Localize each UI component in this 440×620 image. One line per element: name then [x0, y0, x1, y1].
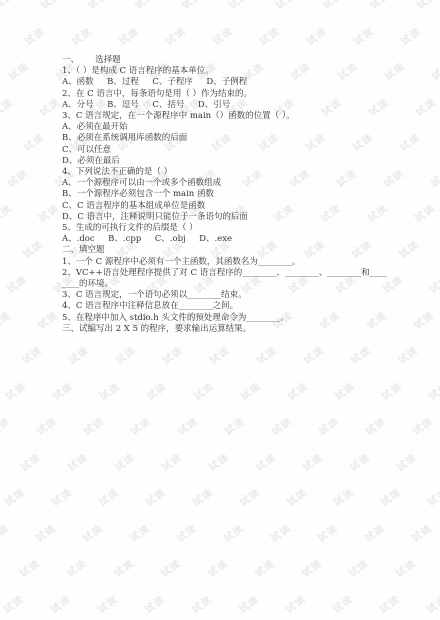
watermark-text: 试读 — [159, 342, 186, 367]
watermark-text: 试读 — [0, 413, 12, 438]
watermark-text: 试读 — [32, 520, 59, 545]
watermark-text: 试读 — [49, 378, 76, 403]
watermark-text: 试读 — [206, 342, 233, 367]
watermark-text: 试读 — [110, 555, 137, 580]
watermark-text: 试读 — [48, 484, 75, 509]
watermark-text: 试读 — [237, 378, 264, 403]
watermark-text: 试读 — [314, 520, 341, 545]
watermark-text: 试读 — [4, 165, 31, 190]
watermark-text: 试读 — [298, 555, 325, 580]
watermark-text: 试读 — [315, 413, 342, 438]
document-line: 4、C 语言程序中注释信息放在________之间。 — [62, 301, 402, 312]
watermark-text: 试读 — [424, 484, 440, 509]
watermark-text: 试读 — [204, 555, 231, 580]
watermark-text: 试读 — [63, 555, 90, 580]
document-line: 5、在程序中加入 stdio.h 头文件的预处理命令为________。 — [62, 313, 402, 324]
watermark-text: 试读 — [0, 94, 15, 119]
watermark-text: 试读 — [412, 94, 439, 119]
watermark-text: 试读 — [17, 449, 44, 474]
document-page: { "page": { "background": "#fefefe", "te… — [0, 0, 440, 620]
watermark-text: 试读 — [95, 484, 122, 509]
watermark-text: 试读 — [393, 449, 420, 474]
watermark-text: 试读 — [174, 413, 201, 438]
watermark-text: 试读 — [158, 449, 185, 474]
watermark-text: 试读 — [427, 165, 440, 190]
document-line: 1、（ ）是构成 C 语言程序的基本单位。 — [62, 66, 402, 77]
watermark-text: 试读 — [409, 413, 436, 438]
watermark-text: 试读 — [157, 555, 184, 580]
document-line: B、一个源程序必须包含一个 main 函数 — [62, 189, 402, 200]
watermark-text: 试读 — [115, 23, 142, 48]
watermark-text: 试读 — [350, 23, 377, 48]
watermark-text: 试读 — [397, 23, 424, 48]
watermark-text: 试读 — [126, 520, 153, 545]
watermark-text: 试读 — [111, 449, 138, 474]
watermark-text: 试读 — [209, 23, 236, 48]
watermark-text: 试读 — [0, 591, 26, 616]
watermark-text: 试读 — [127, 413, 154, 438]
watermark-text: 试读 — [18, 342, 45, 367]
watermark-text: 试读 — [35, 200, 62, 225]
watermark-text: 试读 — [425, 378, 440, 403]
watermark-text: 试读 — [190, 378, 217, 403]
watermark-text: 试读 — [284, 378, 311, 403]
watermark-text: 试读 — [205, 449, 232, 474]
watermark-text: 试读 — [413, 0, 440, 12]
document-line: D、必须在最后 — [62, 156, 402, 167]
watermark-text: 试读 — [300, 342, 327, 367]
document-line: D、C 语言中，注释说明只能位于一条语句的后面 — [62, 212, 402, 223]
watermark-text: 试读 — [189, 484, 216, 509]
watermark-text: 试读 — [282, 591, 309, 616]
watermark-text: 试读 — [143, 378, 170, 403]
watermark-text: 试读 — [80, 413, 107, 438]
watermark-text: 试读 — [84, 0, 111, 12]
section-heading: 二、填空题 — [62, 245, 402, 256]
watermark-text: 试读 — [268, 413, 295, 438]
watermark-text: 试读 — [330, 484, 357, 509]
watermark-text: 试读 — [220, 520, 247, 545]
watermark-text: 试读 — [331, 378, 358, 403]
document-line: C、C 语言程序的基本组成单位是函数 — [62, 201, 402, 212]
watermark-text: 试读 — [283, 484, 310, 509]
document-line: 2、在 C 语言中，每条语句是用（ ）作为结束的。 — [62, 89, 402, 100]
watermark-text: 试读 — [112, 342, 139, 367]
watermark-text: 试读 — [79, 520, 106, 545]
watermark-text: 试读 — [2, 378, 29, 403]
section-heading: 一、 选择题 — [62, 55, 402, 66]
watermark-text: 试读 — [1, 484, 28, 509]
watermark-text: 试读 — [392, 555, 419, 580]
watermark-text: 试读 — [252, 449, 279, 474]
watermark-text: 试读 — [178, 0, 205, 12]
watermark-text: 试读 — [394, 342, 421, 367]
watermark-text: 试读 — [408, 520, 435, 545]
watermark-text: 试读 — [345, 555, 372, 580]
document-line: 3、C 语言规定，在一个源程序中 main（）函数的位置（ ）。 — [62, 111, 402, 122]
watermark-text: 试读 — [33, 413, 60, 438]
watermark-text: 试读 — [173, 520, 200, 545]
watermark-text: 试读 — [410, 307, 437, 332]
document-line: 5、生成的可执行文件的后缀是（ ） — [62, 223, 402, 234]
watermark-text: 试读 — [428, 58, 440, 83]
watermark-text: 试读 — [411, 200, 438, 225]
watermark-text: 试读 — [225, 0, 252, 12]
watermark-text: 试读 — [319, 0, 346, 12]
watermark-text: 试读 — [376, 591, 403, 616]
watermark-text: 试读 — [5, 58, 32, 83]
watermark-text: 试读 — [64, 449, 91, 474]
watermark-text: 试读 — [423, 591, 440, 616]
watermark-text: 试读 — [0, 520, 11, 545]
document-line: B、必须在系统调用库函数的后面 — [62, 133, 402, 144]
watermark-text: 试读 — [221, 413, 248, 438]
watermark-text: 试读 — [96, 378, 123, 403]
watermark-text: 试读 — [267, 520, 294, 545]
watermark-text: 试读 — [251, 555, 278, 580]
watermark-text: 试读 — [37, 0, 64, 12]
document-line: A、.doc B、.cpp C、.obj D、.exe — [62, 234, 402, 245]
watermark-text: 试读 — [141, 591, 168, 616]
document-line: 3、C 语言规定，一个语句必须以________结束。 — [62, 290, 402, 301]
section-heading: 三、试编写出 2 X 5 的程序，要求输出运算结果。 — [62, 324, 402, 335]
watermark-text: 试读 — [162, 23, 189, 48]
document-line: A、函数 B、过程 C、子程序 D、子例程 — [62, 77, 402, 88]
document-line: A、一个源程序可以由一个或多个函数组成 — [62, 178, 402, 189]
watermark-text: 试读 — [16, 555, 43, 580]
watermark-text: 试读 — [256, 23, 283, 48]
watermark-text: 试读 — [362, 413, 389, 438]
watermark-text: 试读 — [235, 591, 262, 616]
watermark-text: 试读 — [329, 591, 356, 616]
watermark-text: 试读 — [131, 0, 158, 12]
watermark-text: 试读 — [253, 342, 280, 367]
watermark-text: 试读 — [299, 449, 326, 474]
watermark-text: 试读 — [236, 484, 263, 509]
watermark-text: 试读 — [20, 129, 47, 154]
watermark-text: 试读 — [378, 378, 405, 403]
watermark-text: 试读 — [3, 271, 30, 296]
watermark-text: 试读 — [366, 0, 393, 12]
watermark-text: 试读 — [0, 200, 14, 225]
document-line: A、必须在最开始 — [62, 122, 402, 133]
watermark-text: 试读 — [347, 342, 374, 367]
document-line: 1、一个 C 源程序中必须有一个主函数，其函数名为________。 — [62, 257, 402, 268]
watermark-text: 试读 — [426, 271, 440, 296]
watermark-text: 试读 — [19, 236, 46, 261]
watermark-text: 试读 — [47, 591, 74, 616]
document-body: 一、 选择题1、（ ）是构成 C 语言程序的基本单位。A、函数 B、过程 C、子… — [62, 55, 402, 335]
watermark-text: 试读 — [272, 0, 299, 12]
watermark-text: 试读 — [68, 23, 95, 48]
watermark-text: 试读 — [65, 342, 92, 367]
watermark-text: 试读 — [377, 484, 404, 509]
watermark-text: 试读 — [34, 307, 61, 332]
watermark-text: 试读 — [94, 591, 121, 616]
document-line: A、分号 B、逗号 C、括号 D、引号 — [62, 100, 402, 111]
watermark-text: 试读 — [21, 23, 48, 48]
watermark-text: 试读 — [303, 23, 330, 48]
document-line: 2、VC++语言处理程序提供了对 C 语言程序的________、_______… — [62, 268, 402, 279]
watermark-text: 试读 — [346, 449, 373, 474]
watermark-text: 试读 — [142, 484, 169, 509]
watermark-text: 试读 — [36, 94, 63, 119]
document-line: C、可以任意 — [62, 145, 402, 156]
document-line: 4、下列说法不正确的是（ ） — [62, 167, 402, 178]
watermark-text: 试读 — [188, 591, 215, 616]
watermark-text: 试读 — [0, 0, 16, 12]
watermark-text: 试读 — [0, 307, 13, 332]
document-line: ____的环境。 — [62, 279, 402, 290]
watermark-text: 试读 — [361, 520, 388, 545]
